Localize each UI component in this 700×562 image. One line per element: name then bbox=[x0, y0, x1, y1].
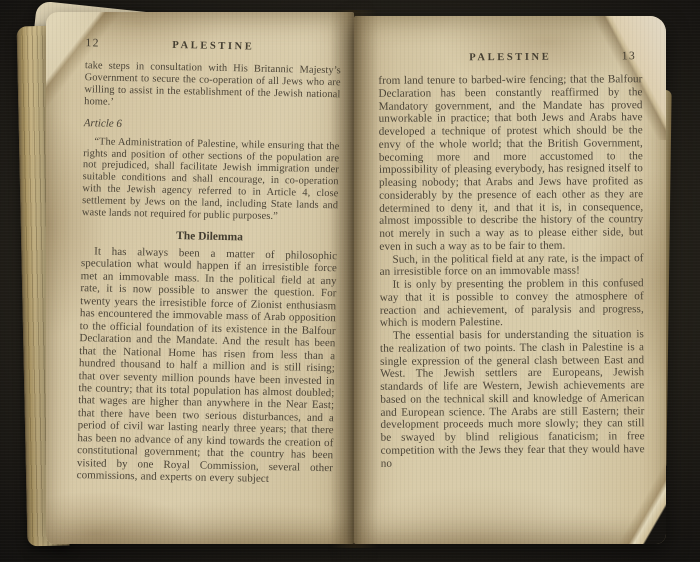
right-paragraph-4: The essential basis for understanding th… bbox=[380, 328, 645, 470]
right-page-content: PALESTINE 13 from land tenure to barbed-… bbox=[354, 15, 669, 545]
running-header-left: 12 PALESTINE bbox=[85, 38, 341, 56]
left-body-paragraph: It has always been a matter of philosoph… bbox=[77, 245, 338, 487]
quote-continuation-paragraph: take steps in consultation with His Brit… bbox=[84, 60, 341, 113]
left-page: 12 PALESTINE take steps in consultation … bbox=[46, 12, 354, 544]
right-paragraph-3: It is only by presenting the problem in … bbox=[380, 277, 644, 330]
running-header-title-left: PALESTINE bbox=[85, 38, 341, 54]
right-paragraph-1: from land tenure to barbed-wire fencing;… bbox=[378, 73, 643, 253]
article-quote-paragraph: “The Administration of Palestine, while … bbox=[82, 136, 340, 224]
right-page: PALESTINE 13 from land tenure to barbed-… bbox=[354, 16, 666, 544]
left-page-content: 12 PALESTINE take steps in consultation … bbox=[35, 11, 354, 549]
book-photograph: 12 PALESTINE take steps in consultation … bbox=[0, 0, 700, 562]
right-paragraph-2: Such, in the political field at any rate… bbox=[379, 252, 643, 279]
page-number-left: 12 bbox=[85, 37, 100, 49]
page-number-right: 13 bbox=[622, 50, 637, 62]
article-heading: Article 6 bbox=[84, 117, 340, 134]
running-header-right: PALESTINE 13 bbox=[378, 51, 642, 66]
running-header-title-right: PALESTINE bbox=[378, 51, 642, 64]
section-heading: The Dilemma bbox=[81, 228, 337, 245]
open-book: 12 PALESTINE take steps in consultation … bbox=[0, 0, 700, 562]
